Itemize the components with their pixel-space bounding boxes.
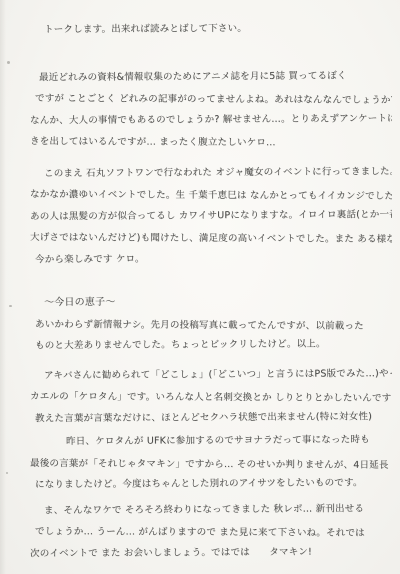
- paragraph-anime-magazines: 最近どれみの資料&情報収集のためにアニメ誌を月に5誌 買ってるぼく ですが こと…: [30, 67, 392, 153]
- scan-speck: [9, 305, 12, 307]
- scan-speck: [6, 472, 8, 474]
- handwritten-line: ま、そんなワケで そろそろ終わりになってきました 秋レポ… 新刊出せる: [30, 498, 392, 522]
- handwritten-line: ものと大差ありませんでした。ちょっとビックリしたけど。以上。: [30, 333, 392, 357]
- scan-edge-shadow: [0, 0, 6, 574]
- scanned-letter-page: トークします。出来れば読みとばして下さい。 最近どれみの資料&情報収集のためにア…: [0, 0, 400, 574]
- handwritten-line: あの人は黒髪の方が似合ってるし カワイサUPになりますな。イロイロ裏話(とか一番: [30, 204, 392, 228]
- paragraph-closing: ま、そんなワケで そろそろ終わりになってきました 秋レポ… 新刊出せる でしょう…: [30, 500, 392, 565]
- paragraph-kerotan-farewell: 昨日、ケロタんが UFKに参加するのでサヨナラだって事になった時も 最後の言葉が…: [30, 431, 392, 496]
- handwritten-line: 昨日、ケロタんが UFKに参加するのでサヨナラだって事になった時も: [30, 429, 392, 453]
- handwritten-line: 最近どれみの資料&情報収集のためにアニメ誌を月に5誌 買ってるぼく: [30, 65, 392, 89]
- scan-speck: [7, 61, 10, 64]
- handwritten-line: このまえ 石丸ソフトワンで行なわれた オジャ魔女のイベントに行ってきました。: [30, 161, 392, 185]
- handwritten-line: 教えた言葉が言葉なだけに、ほとんどセクハラ状態で出来ません(特に対女性): [30, 406, 392, 430]
- paragraph-intro: トークします。出来れば読みとばして下さい。: [30, 19, 392, 41]
- paragraph-dokosho-game: アキバさんに勧められて「どこしょ」(「どこいつ」と言うにはPS版でみた…)やって…: [30, 365, 392, 430]
- handwritten-line: アキバさんに勧められて「どこしょ」(「どこいつ」と言うにはPS版でみた…)やって…: [30, 363, 392, 387]
- handwritten-line: になりましたけど。今度はちゃんとした別れのアイサツをしたいものです。: [30, 472, 392, 496]
- handwritten-line: トークします。出来れば読みとばして下さい。: [30, 17, 392, 41]
- handwritten-line: 次のイベントで また お会いしましょう。ではでは タマキン!: [30, 541, 392, 565]
- letter-content: トークします。出来れば読みとばして下さい。 最近どれみの資料&情報収集のためにア…: [30, 19, 392, 564]
- handwritten-line: なんか、大人の事情でもあるのでしょうか? 解せません…。とりあえずアンケートはが: [30, 108, 392, 132]
- paragraph-ishimaru-event: このまえ 石丸ソフトワンで行なわれた オジャ魔女のイベントに行ってきました。 な…: [30, 163, 392, 271]
- paragraph-keiko-corner: 〜今日の恵子〜 あいかわらず新情報ナシ。先月の投稿写真に載ってたんですが、以前載…: [30, 292, 392, 357]
- section-header: 〜今日の恵子〜: [30, 290, 392, 314]
- handwritten-line: きを出してはいるんですが… まったく腹立たしいケロ…: [30, 131, 392, 154]
- handwritten-line: 今から楽しみです ケロ。: [30, 247, 392, 271]
